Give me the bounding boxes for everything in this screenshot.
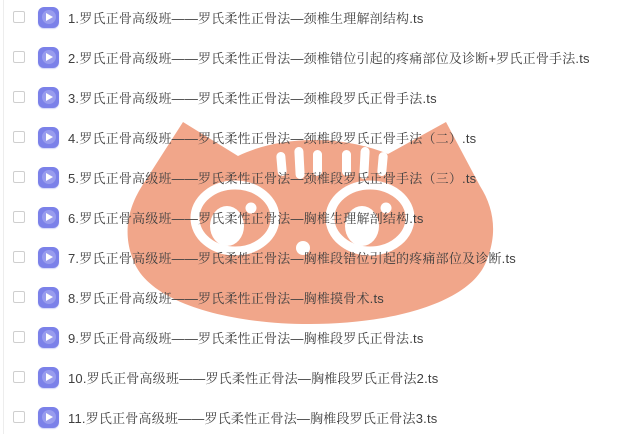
file-name[interactable]: 2.罗氏正骨高级班——罗氏柔性正骨法—颈椎错位引起的疼痛部位及诊断+罗氏正骨手法… (68, 48, 590, 67)
file-name[interactable]: 6.罗氏正骨高级班——罗氏柔性正骨法—胸椎生理解剖结构.ts (68, 208, 424, 227)
list-item[interactable]: 8.罗氏正骨高级班——罗氏柔性正骨法—胸椎摸骨术.ts (0, 277, 620, 317)
checkbox[interactable] (13, 371, 25, 383)
list-item[interactable]: 5.罗氏正骨高级班——罗氏柔性正骨法—颈椎段罗氏正骨手法（三）.ts (0, 157, 620, 197)
play-button[interactable] (38, 207, 59, 228)
file-name[interactable]: 11.罗氏正骨高级班——罗氏柔性正骨法—胸椎段罗氏正骨法3.ts (68, 408, 437, 427)
play-button[interactable] (38, 407, 59, 428)
play-icon (42, 330, 56, 344)
list-item[interactable]: 1.罗氏正骨高级班——罗氏柔性正骨法—颈椎生理解剖结构.ts (0, 0, 620, 37)
play-button[interactable] (38, 367, 59, 388)
play-button[interactable] (38, 167, 59, 188)
play-button[interactable] (38, 7, 59, 28)
list-item[interactable]: 2.罗氏正骨高级班——罗氏柔性正骨法—颈椎错位引起的疼痛部位及诊断+罗氏正骨手法… (0, 37, 620, 77)
list-item[interactable]: 9.罗氏正骨高级班——罗氏柔性正骨法—胸椎段罗氏正骨法.ts (0, 317, 620, 357)
file-name[interactable]: 10.罗氏正骨高级班——罗氏柔性正骨法—胸椎段罗氏正骨法2.ts (68, 368, 438, 387)
checkbox[interactable] (13, 411, 25, 423)
play-button[interactable] (38, 47, 59, 68)
list-item[interactable]: 10.罗氏正骨高级班——罗氏柔性正骨法—胸椎段罗氏正骨法2.ts (0, 357, 620, 397)
checkbox[interactable] (13, 331, 25, 343)
play-icon (42, 90, 56, 104)
checkbox[interactable] (13, 171, 25, 183)
list-item[interactable]: 11.罗氏正骨高级班——罗氏柔性正骨法—胸椎段罗氏正骨法3.ts (0, 397, 620, 434)
checkbox[interactable] (13, 211, 25, 223)
play-button[interactable] (38, 87, 59, 108)
file-name[interactable]: 5.罗氏正骨高级班——罗氏柔性正骨法—颈椎段罗氏正骨手法（三）.ts (68, 168, 476, 187)
list-item[interactable]: 7.罗氏正骨高级班——罗氏柔性正骨法—胸椎段错位引起的疼痛部位及诊断.ts (0, 237, 620, 277)
checkbox[interactable] (13, 91, 25, 103)
file-name[interactable]: 7.罗氏正骨高级班——罗氏柔性正骨法—胸椎段错位引起的疼痛部位及诊断.ts (68, 248, 516, 267)
play-icon (42, 370, 56, 384)
file-name[interactable]: 3.罗氏正骨高级班——罗氏柔性正骨法—颈椎段罗氏正骨手法.ts (68, 88, 437, 107)
list-item[interactable]: 4.罗氏正骨高级班——罗氏柔性正骨法—颈椎段罗氏正骨手法（二）.ts (0, 117, 620, 157)
file-name[interactable]: 1.罗氏正骨高级班——罗氏柔性正骨法—颈椎生理解剖结构.ts (68, 8, 424, 27)
play-icon (42, 170, 56, 184)
play-button[interactable] (38, 327, 59, 348)
file-list: 1.罗氏正骨高级班——罗氏柔性正骨法—颈椎生理解剖结构.ts 2.罗氏正骨高级班… (0, 0, 620, 434)
play-icon (42, 130, 56, 144)
play-icon (42, 410, 56, 424)
video-file-list-page: 1.罗氏正骨高级班——罗氏柔性正骨法—颈椎生理解剖结构.ts 2.罗氏正骨高级班… (0, 0, 620, 434)
file-name[interactable]: 9.罗氏正骨高级班——罗氏柔性正骨法—胸椎段罗氏正骨法.ts (68, 328, 424, 347)
checkbox[interactable] (13, 51, 25, 63)
checkbox[interactable] (13, 251, 25, 263)
play-icon (42, 290, 56, 304)
file-name[interactable]: 4.罗氏正骨高级班——罗氏柔性正骨法—颈椎段罗氏正骨手法（二）.ts (68, 128, 476, 147)
checkbox[interactable] (13, 291, 25, 303)
play-button[interactable] (38, 247, 59, 268)
checkbox[interactable] (13, 131, 25, 143)
list-item[interactable]: 3.罗氏正骨高级班——罗氏柔性正骨法—颈椎段罗氏正骨手法.ts (0, 77, 620, 117)
play-icon (42, 50, 56, 64)
checkbox[interactable] (13, 11, 25, 23)
file-name[interactable]: 8.罗氏正骨高级班——罗氏柔性正骨法—胸椎摸骨术.ts (68, 288, 384, 307)
play-icon (42, 210, 56, 224)
play-icon (42, 10, 56, 24)
play-button[interactable] (38, 287, 59, 308)
play-icon (42, 250, 56, 264)
play-button[interactable] (38, 127, 59, 148)
list-item[interactable]: 6.罗氏正骨高级班——罗氏柔性正骨法—胸椎生理解剖结构.ts (0, 197, 620, 237)
